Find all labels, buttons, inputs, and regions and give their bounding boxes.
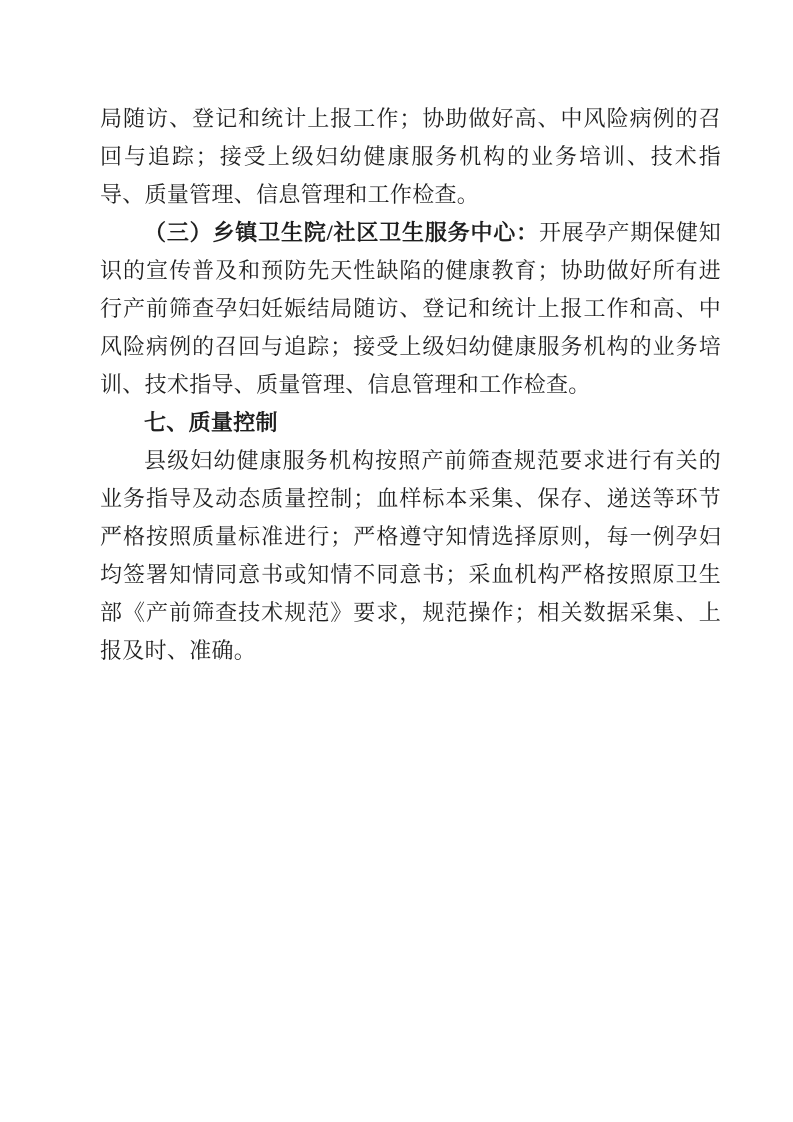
paragraph-quality-control-body: 县级妇幼健康服务机构按照产前筛查规范要求进行有关的业务指导及动态质量控制；血样标… [100, 442, 721, 670]
section-three-lead-bold: （三）乡镇卫生院/社区卫生服务中心： [144, 220, 539, 245]
document-body: 局随访、登记和统计上报工作；协助做好高、中风险病例的召回与追踪；接受上级妇幼健康… [100, 100, 721, 670]
heading-text: 七、质量控制 [144, 410, 278, 435]
text-run: 局随访、登记和统计上报工作；协助做好高、中风险病例的召回与追踪；接受上级妇幼健康… [100, 106, 721, 207]
text-run: 开展孕产期保健知识的宣传普及和预防先天性缺陷的健康教育；协助做好所有进行产前筛查… [100, 220, 721, 397]
section-heading-quality-control: 七、质量控制 [100, 404, 721, 442]
text-run: 县级妇幼健康服务机构按照产前筛查规范要求进行有关的业务指导及动态质量控制；血样标… [100, 448, 721, 663]
paragraph-section-three: （三）乡镇卫生院/社区卫生服务中心：开展孕产期保健知识的宣传普及和预防先天性缺陷… [100, 214, 721, 404]
document-page: 局随访、登记和统计上报工作；协助做好高、中风险病例的召回与追踪；接受上级妇幼健康… [0, 0, 793, 1122]
paragraph-continuation: 局随访、登记和统计上报工作；协助做好高、中风险病例的召回与追踪；接受上级妇幼健康… [100, 100, 721, 214]
